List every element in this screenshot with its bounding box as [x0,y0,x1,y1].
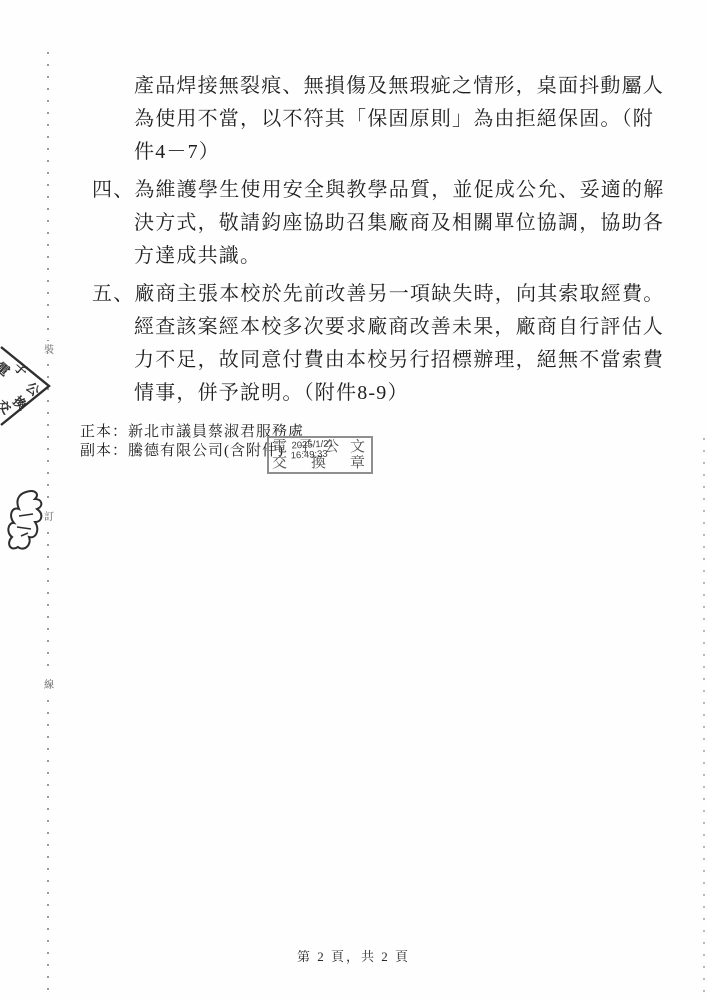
document-body: 產品焊接無裂痕、無損傷及無瑕疵之情形，桌面抖動屬人 為使用不當，以不符其「保固原… [0,70,680,410]
body-line: 情事，併予說明。（附件8-9） [134,377,680,410]
body-line: 為使用不當，以不符其「保固原則」為由拒絕保固。（附 [134,103,680,136]
body-line: 力不足，故同意付費由本校另行招標辦理，絕無不當索費 [134,344,680,377]
body-line: 產品焊接無裂痕、無損傷及無瑕疵之情形，桌面抖動屬人 [134,70,680,103]
page-number-footer: 第 2 頁，共 2 頁 [0,946,707,965]
recipient-copy-line: 副本：騰德有限公司(含附件) [80,439,284,460]
body-line: 經查該案經本校多次要求廠商改善未果，廠商自行評估人 [134,311,680,344]
body-line: 決方式，敬請鈞座協助召集廠商及相關單位協調，協助各 [134,207,680,240]
binding-mark-xian: 線 [43,676,55,691]
body-line-item-5: 五、廠商主張本校於先前改善另一項缺失時，向其索取經費。 [92,278,680,311]
document-page: 裝 訂 線 電 子 公 換 交 產品焊接無裂痕、無損傷及無瑕疵之情形，桌面抖動屬… [0,0,707,1000]
digital-exchange-stamp: 電子公文 交換章 2025/1/21 16:49:33 [267,436,373,474]
body-line: 件4－7） [134,136,680,169]
binding-dotted-line-right [703,438,705,993]
body-line-item-4: 四、為維護學生使用安全與教學品質，並促成公允、妥適的解 [92,174,680,207]
seal-fragment-icon [6,489,46,559]
body-line: 方達成共識。 [134,240,680,273]
